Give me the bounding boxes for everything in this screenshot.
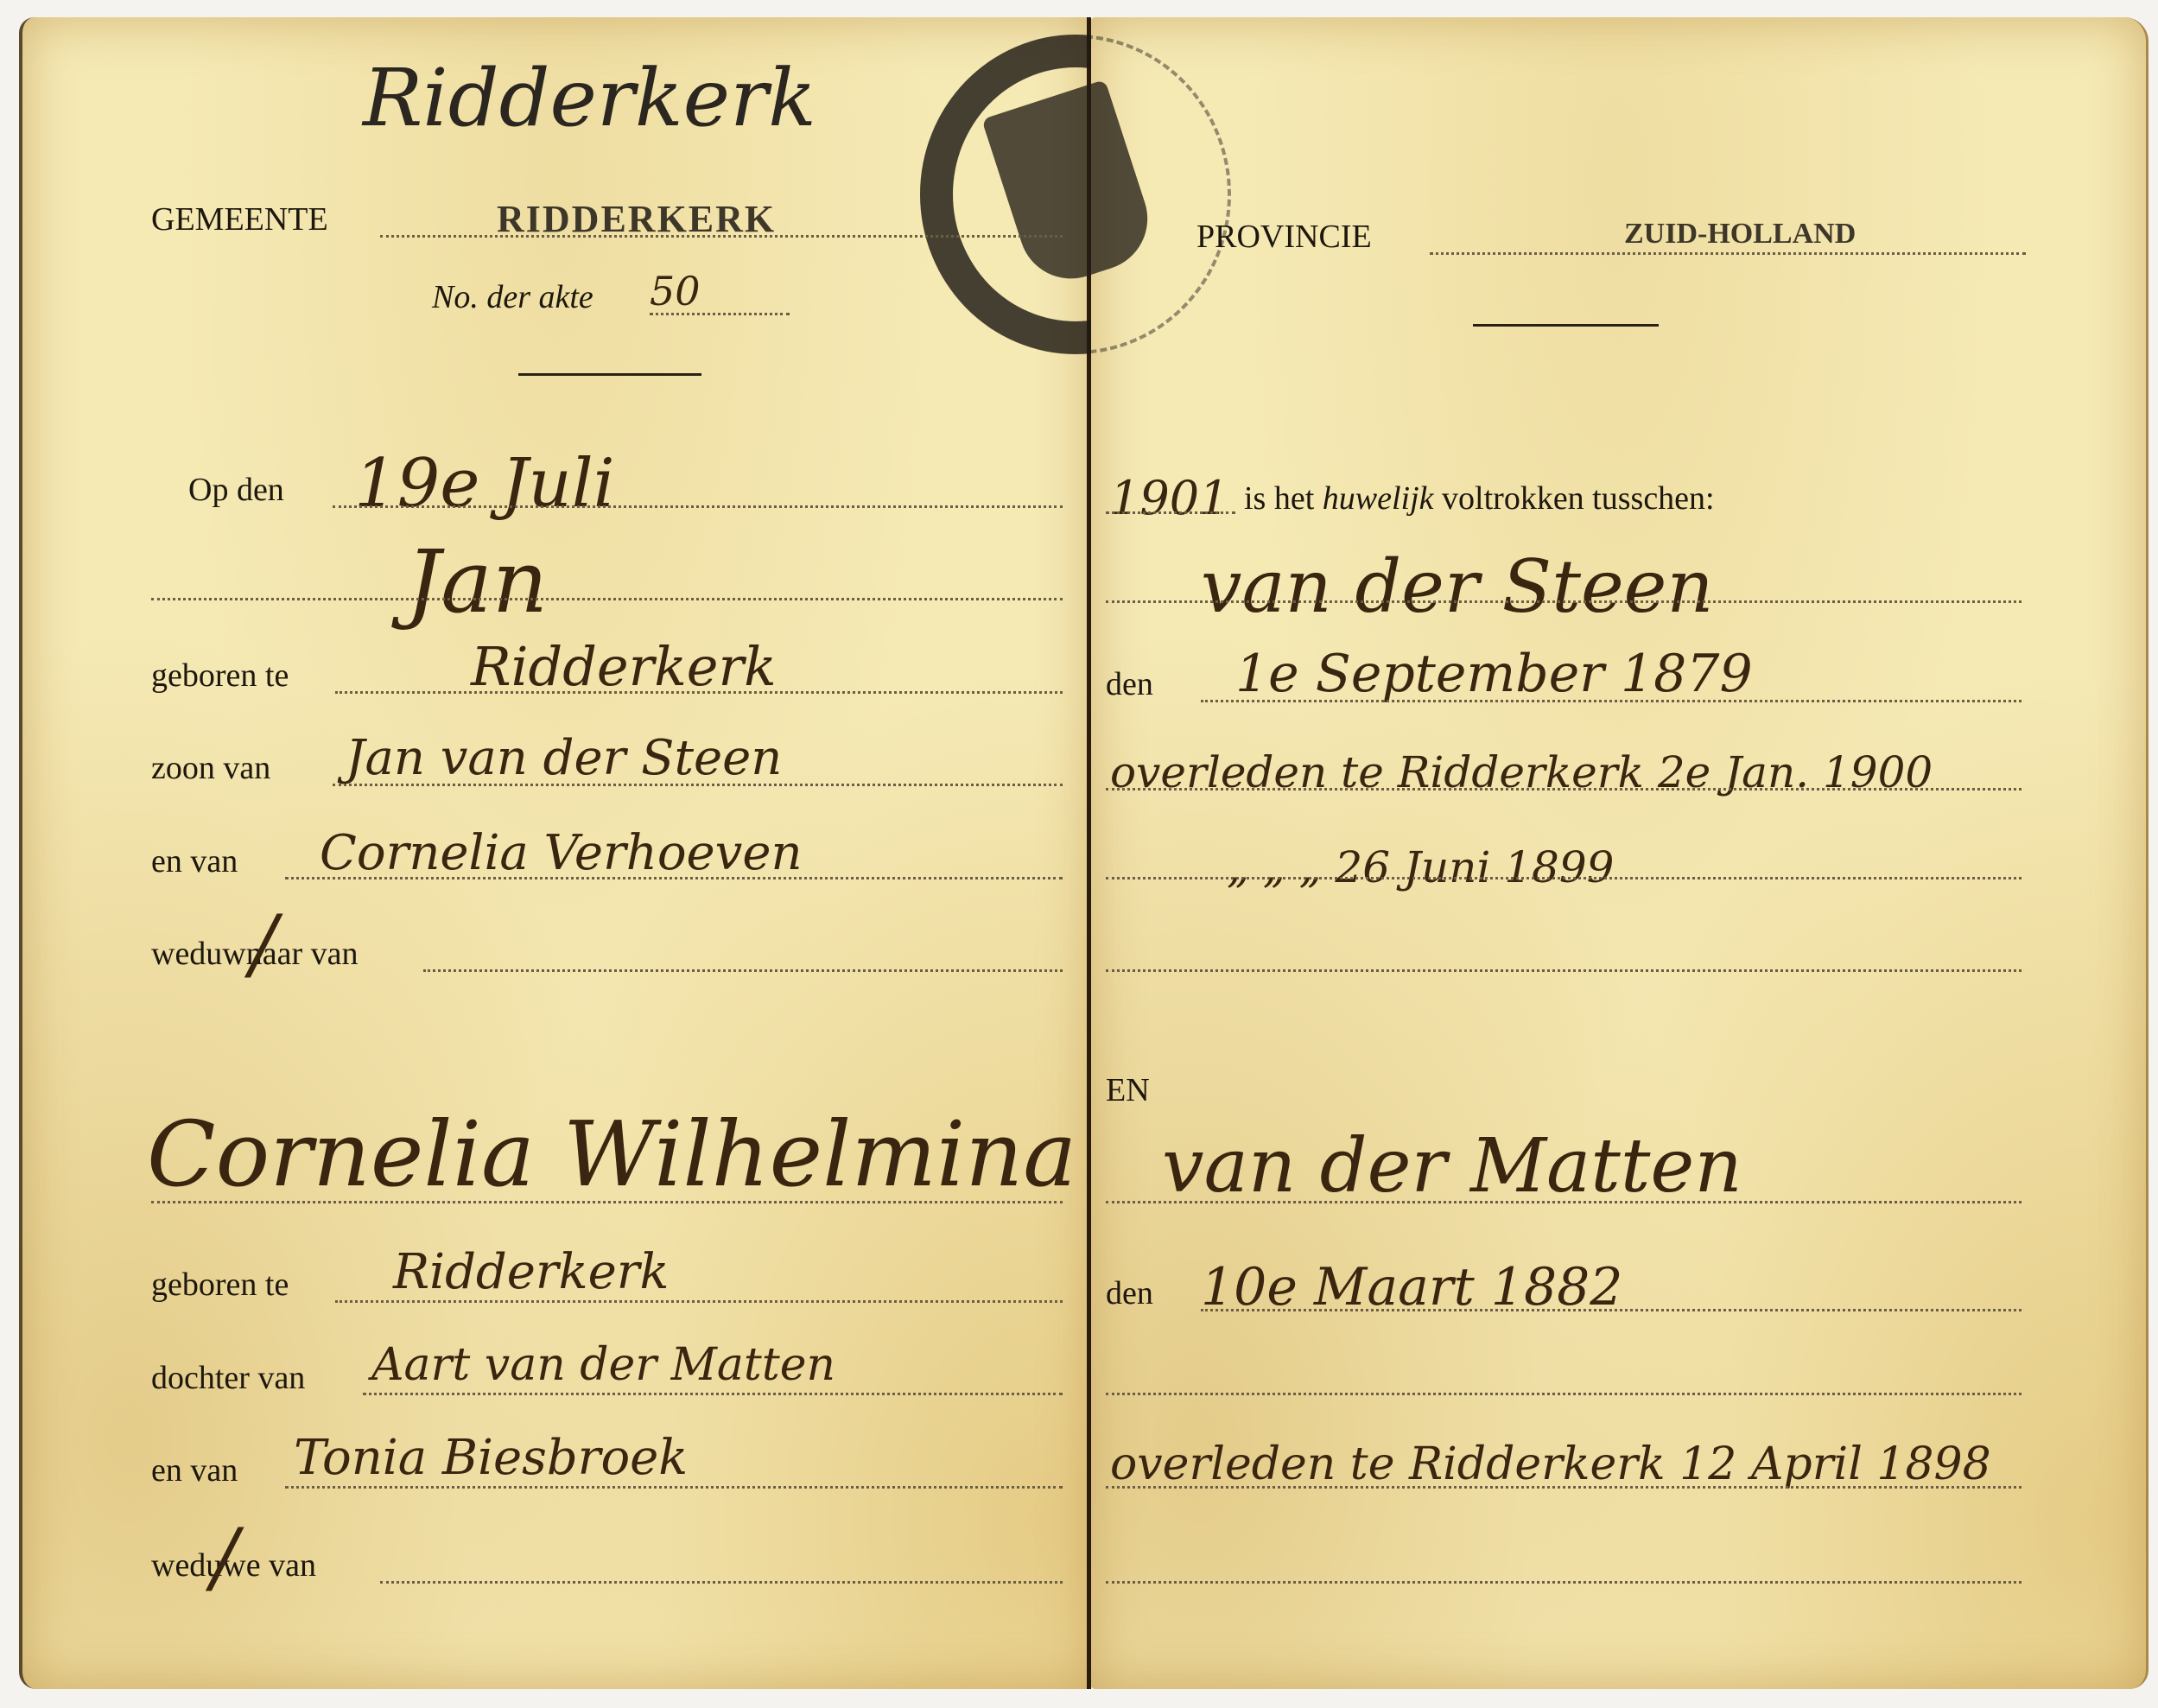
akte-label: No. der akte (432, 278, 593, 316)
sentence-pre: is het (1244, 480, 1314, 517)
groom-surname-field-line (1106, 600, 2022, 603)
weduwe-field-line (380, 1581, 1063, 1584)
groom-mother-death-note: „ „ „ 26 Juni 1899 (1227, 842, 1615, 892)
sentence-italic-huwelijk: huwelijk (1323, 480, 1434, 517)
bride-mother-death-note: overleden te Ridderkerk 12 April 1898 (1110, 1438, 1991, 1490)
sentence-post: voltrokken tusschen: (1442, 480, 1715, 517)
groom-birth-date-field-line (1201, 700, 2022, 702)
bride-birthplace-field-line (335, 1300, 1063, 1303)
en-connector: EN (1106, 1071, 1150, 1109)
provincie-value-stamp: ZUID-HOLLAND (1624, 218, 1856, 251)
bride-father: Aart van der Matten (371, 1339, 835, 1391)
op-den-label: Op den (188, 471, 284, 509)
blank-field-line-right-3 (1106, 1581, 2022, 1584)
bride-first-names: Cornelia Wilhelmina (147, 1102, 1076, 1207)
groom-birthplace: Ridderkerk (471, 635, 777, 698)
groom-first-name: Jan (406, 531, 548, 632)
weduwnaar-field-line (423, 969, 1063, 972)
zoon-van-label: zoon van (151, 749, 270, 787)
marriage-year: 1901 (1110, 471, 1228, 525)
bride-surname-field-line (1106, 1201, 2022, 1203)
akte-field-line (650, 313, 790, 315)
divider-rule (518, 373, 701, 376)
provincie-label: PROVINCIE (1196, 218, 1372, 256)
groom-birthplace-field-line (335, 691, 1063, 694)
groom-father-note-field-line (1106, 788, 2022, 791)
weduwe-strike-mark: / (212, 1512, 238, 1603)
year-field-line (1106, 511, 1235, 514)
bride-mother: Tonia Biesbroek (294, 1430, 688, 1486)
groom-surname: van der Steen (1201, 544, 1714, 629)
groom-den-label: den (1106, 665, 1153, 703)
groom-geboren-te-label: geboren te (151, 657, 289, 695)
groom-mother: Cornelia Verhoeven (320, 825, 803, 881)
bride-den-label: den (1106, 1274, 1153, 1312)
provincie-field-line (1430, 252, 2026, 255)
weduwnaar-strike-mark: / (251, 898, 276, 989)
bride-father-field-line (363, 1393, 1063, 1395)
groom-name-field-line (151, 598, 1063, 600)
bride-birth-date-field-line (1201, 1309, 2022, 1311)
akte-number: 50 (650, 268, 701, 314)
municipality-script-stamp: Ridderkerk (363, 52, 816, 144)
op-den-field-line (333, 505, 1063, 508)
bride-birthplace: Ridderkerk (393, 1244, 669, 1300)
blank-field-line-right (1106, 969, 2022, 972)
bride-en-van-label: en van (151, 1451, 238, 1489)
groom-birth-date: 1e September 1879 (1235, 644, 1753, 704)
gemeente-value-stamp: RIDDERKERK (497, 197, 776, 241)
gemeente-label: GEMEENTE (151, 200, 328, 238)
bride-mother-note-field-line (1106, 1486, 2022, 1489)
bride-surname: van der Matten (1162, 1123, 1742, 1210)
bride-name-field-line (151, 1201, 1063, 1203)
groom-father: Jan van der Steen (346, 730, 782, 786)
divider-rule-right (1473, 324, 1659, 327)
dochter-van-label: dochter van (151, 1359, 305, 1397)
groom-mother-field-line (285, 877, 1063, 879)
groom-mother-note-field-line (1106, 877, 2022, 879)
groom-father-field-line (333, 784, 1063, 786)
groom-en-van-label: en van (151, 842, 238, 880)
bride-mother-field-line (285, 1486, 1063, 1489)
blank-field-line-right-2 (1106, 1393, 2022, 1395)
bride-geboren-te-label: geboren te (151, 1266, 289, 1304)
marriage-sentence: is het huwelijk voltrokken tusschen: (1244, 479, 1715, 517)
marriage-day-month: 19e Juli (354, 445, 615, 523)
